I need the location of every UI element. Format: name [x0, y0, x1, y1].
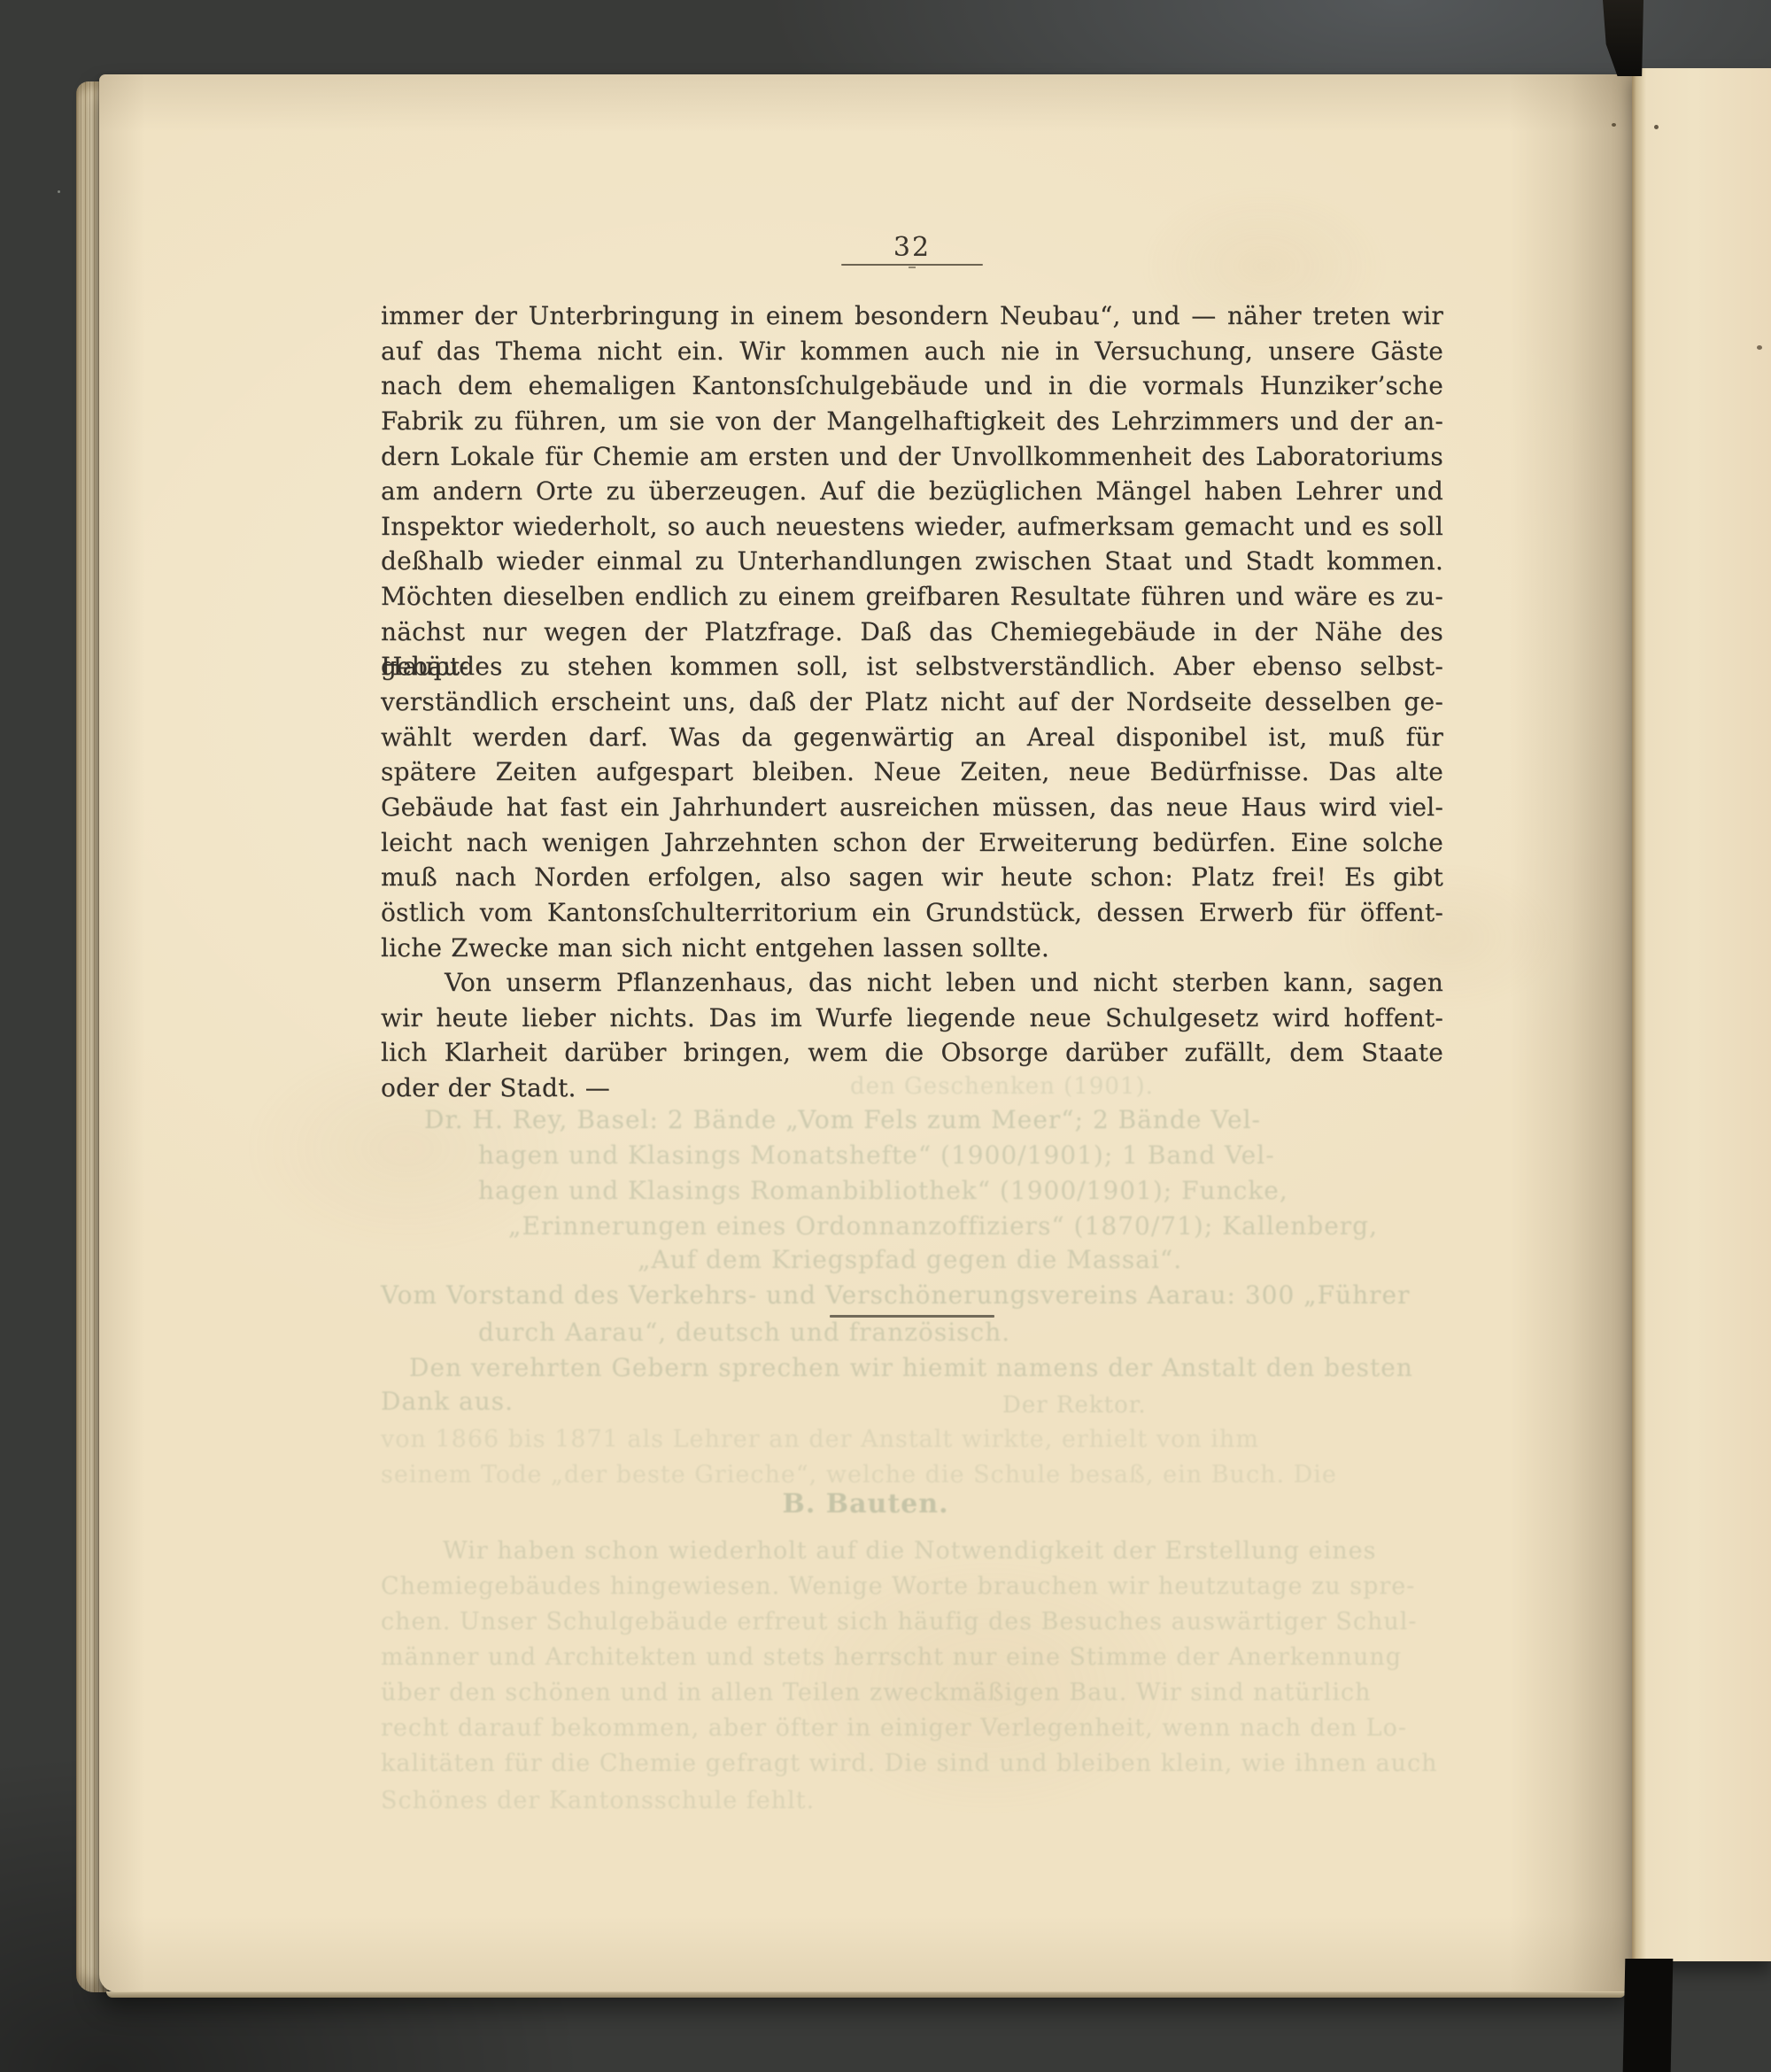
- text-line: östlich vom Kantonsſchulterritorium ein …: [381, 895, 1443, 931]
- page-bottom-edge: [106, 1991, 1626, 1998]
- text-line: Fabrik zu führen, um sie von der Mangelh…: [381, 404, 1443, 439]
- text-line: Gebäude hat fast ein Jahrhundert ausreic…: [381, 790, 1443, 825]
- text-line: wir heute lieber nichts. Das im Wurfe li…: [381, 1001, 1443, 1036]
- text-line: muß nach Norden erfolgen, also sagen wir…: [381, 860, 1443, 895]
- text-line: lich Klarheit darüber bringen, wem die O…: [381, 1035, 1443, 1071]
- page-content: 32 immer der Unterbringung in einem beso…: [381, 74, 1443, 1992]
- text-line: oder der Stadt. —: [381, 1071, 1443, 1106]
- book-scan: den Geschenken (1901).Dr. H. Rey, Basel:…: [0, 0, 1771, 2072]
- text-line: Möchten dieselben endlich zu einem greif…: [381, 579, 1443, 615]
- text-line: nächst nur wegen der Platzfrage. Daß das…: [381, 615, 1443, 650]
- text-line: nach dem ehemaligen Kantonsſchulgebäude …: [381, 368, 1443, 404]
- dust-speck: [58, 190, 60, 193]
- ink-speck: [1757, 345, 1762, 350]
- text-line: wählt werden darf. Was da gegenwärtig an…: [381, 720, 1443, 755]
- page-number-rule: [841, 264, 983, 266]
- text-line: verständlich erscheint uns, daß der Plat…: [381, 684, 1443, 720]
- text-line: deßhalb wieder einmal zu Unterhandlungen…: [381, 544, 1443, 579]
- ink-speck: [1612, 123, 1616, 127]
- section-divider-rule: [830, 1315, 994, 1318]
- text-line: am andern Orte zu überzeugen. Auf die be…: [381, 474, 1443, 509]
- text-line: spätere Zeiten aufgespart bleiben. Neue …: [381, 754, 1443, 790]
- text-line: dern Lokale für Chemie am ersten und der…: [381, 439, 1443, 475]
- bookmark-ribbon-top: [1603, 0, 1643, 76]
- text-line: Inspektor wiederholt, so auch neuestens …: [381, 509, 1443, 545]
- bookmark-ribbon-bottom: [1623, 1959, 1674, 2072]
- facing-page-edge: [1632, 68, 1771, 1961]
- main-text: immer der Unterbringung in einem besonde…: [381, 298, 1443, 1106]
- text-line: immer der Unterbringung in einem besonde…: [381, 298, 1443, 334]
- book-page: den Geschenken (1901).Dr. H. Rey, Basel:…: [99, 74, 1632, 1992]
- text-line: liche Zwecke man sich nicht entgehen las…: [381, 931, 1443, 966]
- text-line: leicht nach wenigen Jahrzehnten schon de…: [381, 825, 1443, 861]
- text-line: gebäudes zu stehen kommen soll, ist selb…: [381, 649, 1443, 684]
- text-line: auf das Thema nicht ein. Wir kommen auch…: [381, 334, 1443, 369]
- page-number: 32: [381, 232, 1443, 263]
- text-line: Von unserm Pflanzenhaus, das nicht leben…: [381, 965, 1443, 1001]
- ink-speck: [1654, 125, 1659, 129]
